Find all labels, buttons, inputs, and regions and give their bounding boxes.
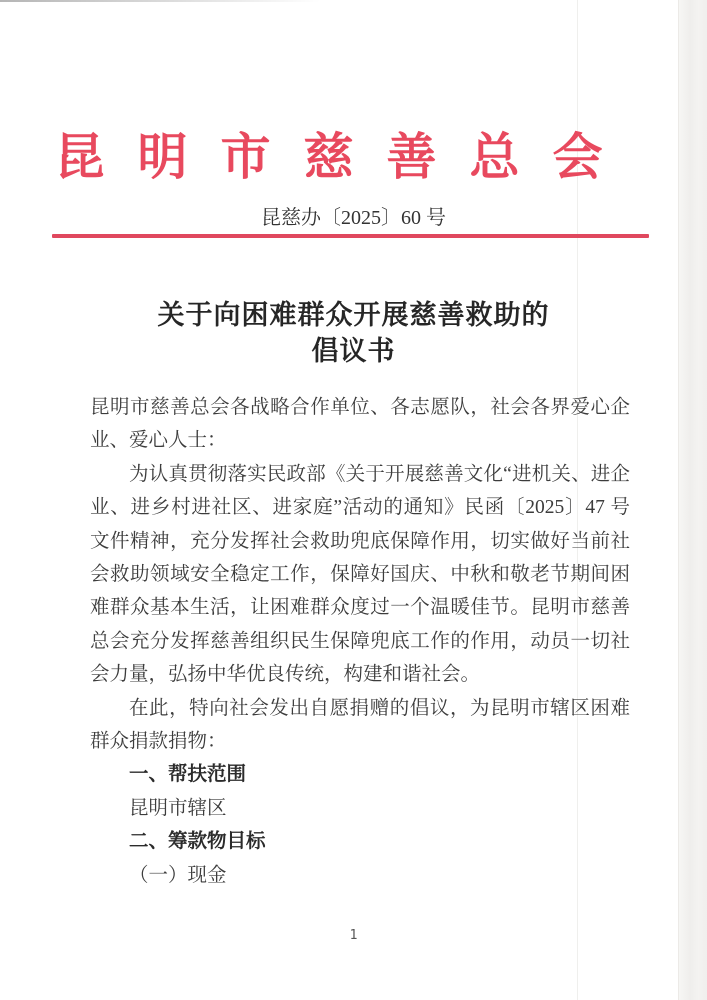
letterhead-org-name: 昆明市慈善总会 (0, 128, 690, 186)
scanned-document-page: 昆明市慈善总会 昆慈办〔2025〕60 号 关于向困难群众开展慈善救助的 倡议书… (0, 0, 707, 1000)
scan-top-edge (0, 0, 320, 2)
paragraph-appeal: 在此，特向社会发出自愿捐赠的倡议，为昆明市辖区困难群众捐款捐物： (90, 692, 630, 759)
page-number: 1 (0, 928, 707, 943)
section1-heading: 一、帮扶范围 (90, 758, 630, 791)
paragraph-policy: 为认真贯彻落实民政部《关于开展慈善文化“进机关、进企业、进乡村进社区、进家庭”活… (90, 458, 630, 692)
document-title-line1: 关于向困难群众开展慈善救助的 (0, 297, 707, 333)
document-body: 昆明市慈善总会各战略合作单位、各志愿队，社会各界爱心企业、爱心人士： 为认真贯彻… (90, 391, 630, 892)
section2-item1: （一）现金 (90, 859, 630, 892)
section2-heading: 二、筹款物目标 (90, 825, 630, 858)
document-title: 关于向困难群众开展慈善救助的 倡议书 (0, 297, 707, 369)
salutation: 昆明市慈善总会各战略合作单位、各志愿队，社会各界爱心企业、爱心人士： (90, 391, 630, 458)
section1-content: 昆明市辖区 (90, 792, 630, 825)
document-number: 昆慈办〔2025〕60 号 (0, 205, 707, 231)
red-separator-line (52, 234, 649, 238)
document-title-line2: 倡议书 (0, 333, 707, 369)
